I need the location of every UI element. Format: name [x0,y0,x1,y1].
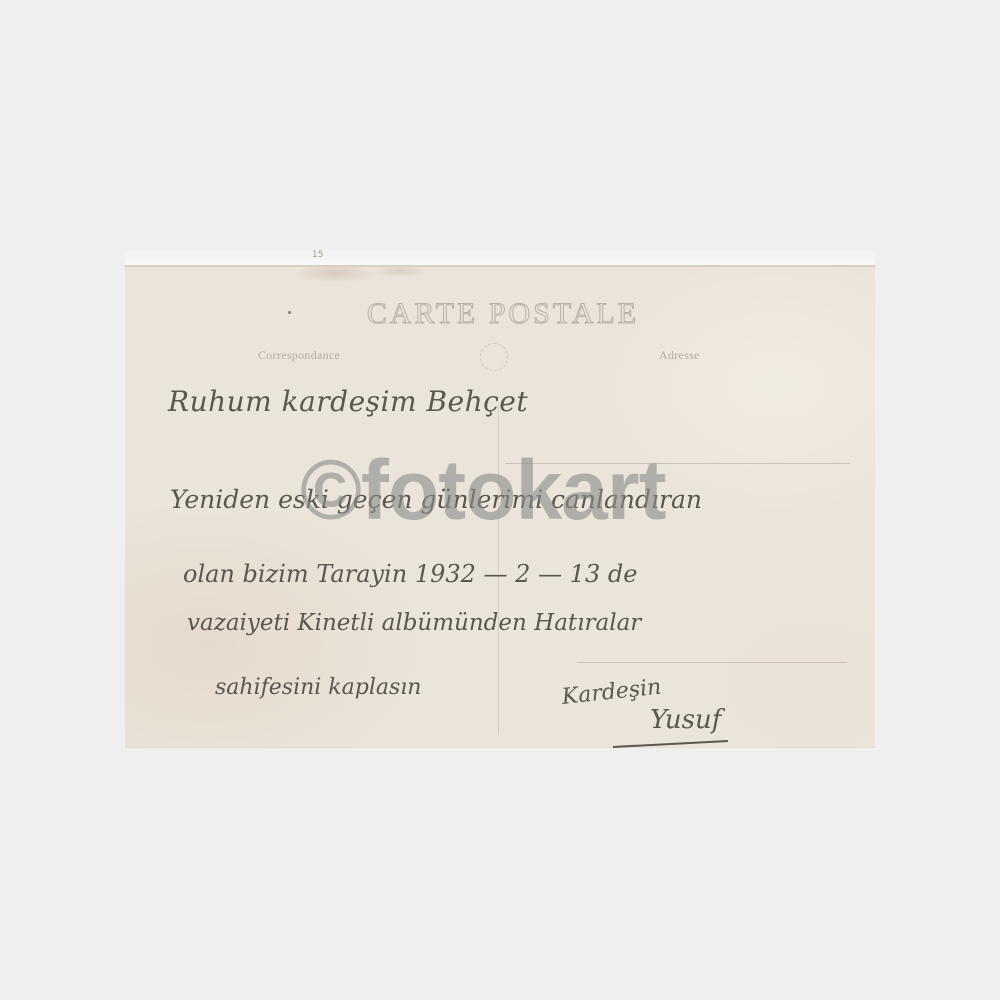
address-line [577,662,847,663]
correspondence-label: Correspondance [258,348,340,363]
postcard-header-title: CARTE POSTALE [125,297,875,331]
handwritten-signature: Yusuf [650,705,721,735]
address-label: Adresse [659,348,700,363]
handwritten-line: vazaiyeti Kinetli albümünden Hatıralar [187,610,641,636]
watermark: ©fotokart [300,448,666,532]
signature-underline [613,740,728,748]
postcard-back: CARTE POSTALE Correspondance Adresse Ruh… [125,265,875,748]
page-background-strip [125,250,875,266]
handwritten-line: olan bizim Tarayin 1932 — 2 — 13 de [183,560,637,588]
handwritten-line: sahifesini kaplasın [215,675,421,700]
corner-mark: 15 [312,250,323,260]
handwritten-closing: Kardeşin [561,675,663,710]
stamp-circle-icon [480,343,508,371]
handwritten-greeting: Ruhum kardeşim Behçet [168,385,528,418]
